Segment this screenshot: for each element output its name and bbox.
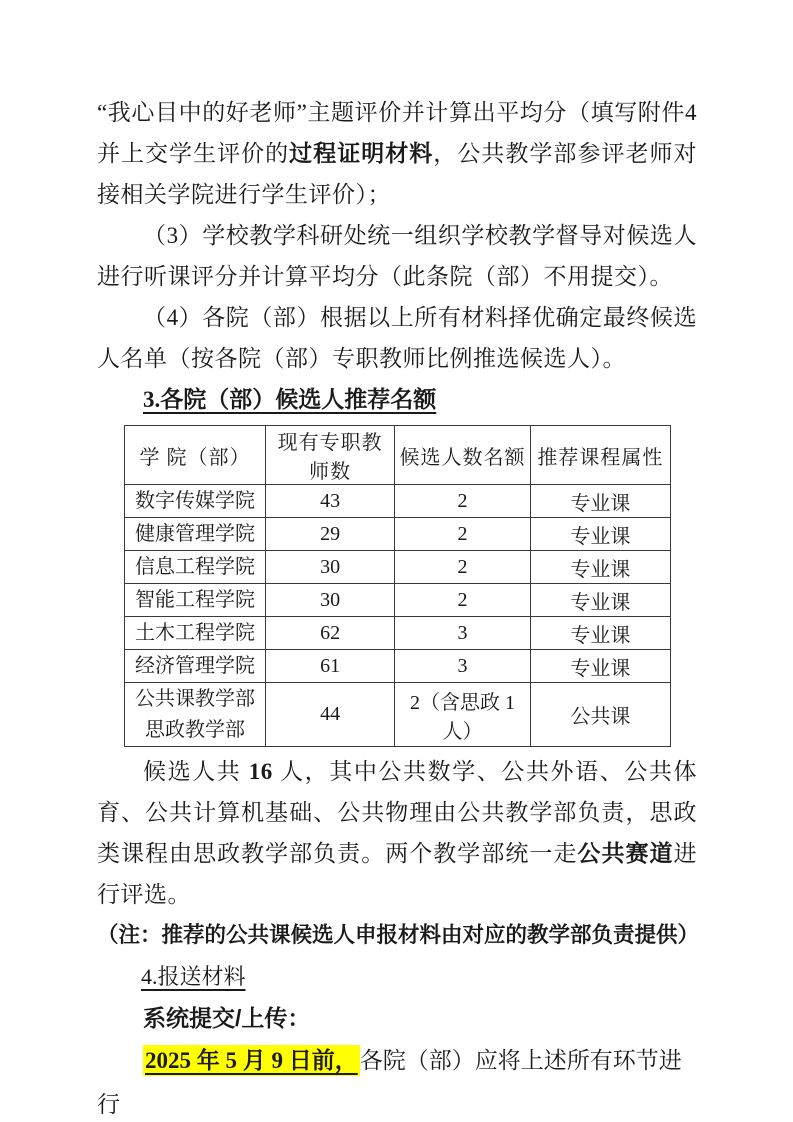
submit-upload-label: 系统提交/上传： — [97, 997, 697, 1039]
table-cell: 经济管理学院 — [124, 650, 266, 683]
table-header-cell: 推荐课程属性 — [531, 426, 670, 485]
table-cell: 3 — [394, 617, 531, 650]
section3-heading-text: 3.各院（部）候选人推荐名额 — [143, 387, 436, 412]
table-cell: 专业课 — [531, 518, 670, 551]
table-cell: 专业课 — [531, 617, 670, 650]
table-header-row: 学 院（部）现有专职教师数候选人数名额推荐课程属性 — [124, 426, 670, 485]
bold-public-track: 公共赛道 — [577, 841, 673, 866]
table-cell: 专业课 — [531, 485, 670, 518]
table-cell: 土木工程学院 — [124, 617, 266, 650]
bold-candidate-count: 16 — [249, 759, 273, 784]
quota-table-body: 数字传媒学院432专业课健康管理学院292专业课信息工程学院302专业课智能工程… — [124, 485, 670, 747]
table-cell: 智能工程学院 — [124, 584, 266, 617]
quota-table: 学 院（部）现有专职教师数候选人数名额推荐课程属性 数字传媒学院432专业课健康… — [124, 425, 671, 747]
table-row: 智能工程学院302专业课 — [124, 584, 670, 617]
table-cell: 29 — [266, 518, 394, 551]
table-cell: 43 — [266, 485, 394, 518]
table-row: 信息工程学院302专业课 — [124, 551, 670, 584]
table-cell: 专业课 — [531, 650, 670, 683]
table-cell: 专业课 — [531, 551, 670, 584]
table-cell: 2 — [394, 551, 531, 584]
document-content: “我心目中的好老师”主题评价并计算出平均分（填写附件4 并上交学生评价的过程证明… — [97, 92, 697, 1122]
note-line: （注：推荐的公共课候选人申报材料由对应的教学部负责提供） — [97, 915, 697, 956]
table-cell: 公共课教学部 思政教学部 — [124, 683, 266, 747]
table-cell: 30 — [266, 584, 394, 617]
table-cell: 2 — [394, 584, 531, 617]
table-cell: 62 — [266, 617, 394, 650]
paragraph-item4: （4）各院（部）根据以上所有材料择优确定最终候选人名单（按各院（部）专职教师比例… — [97, 297, 697, 379]
table-cell: 专业课 — [531, 584, 670, 617]
table-header-cell: 学 院（部） — [124, 426, 266, 485]
table-row: 公共课教学部 思政教学部442（含思政 1 人）公共课 — [124, 683, 670, 747]
paragraph-candidate-total: 候选人共 16 人，其中公共数学、公共外语、公共体育、公共计算机基础、公共物理由… — [97, 751, 697, 915]
table-row: 健康管理学院292专业课 — [124, 518, 670, 551]
table-header-cell: 现有专职教师数 — [266, 426, 394, 485]
table-row: 数字传媒学院432专业课 — [124, 485, 670, 518]
table-cell: 2 — [394, 485, 531, 518]
table-cell: 2（含思政 1 人） — [394, 683, 531, 747]
table-cell: 44 — [266, 683, 394, 747]
table-cell: 2 — [394, 518, 531, 551]
table-cell: 健康管理学院 — [124, 518, 266, 551]
deadline-paragraph: 2025 年 5 月 9 日前，各院（部）应将上述所有环节进行 — [97, 1039, 697, 1122]
document-page: “我心目中的好老师”主题评价并计算出平均分（填写附件4 并上交学生评价的过程证明… — [0, 0, 793, 1122]
table-cell: 3 — [394, 650, 531, 683]
paragraph-text: 候选人共 — [143, 759, 249, 784]
table-cell: 30 — [266, 551, 394, 584]
section3-heading: 3.各院（部）候选人推荐名额 — [97, 379, 697, 420]
table-cell: 数字传媒学院 — [124, 485, 266, 518]
paragraph-student-evaluation: “我心目中的好老师”主题评价并计算出平均分（填写附件4 并上交学生评价的过程证明… — [97, 92, 697, 215]
highlighted-deadline: 2025 年 5 月 9 日前， — [143, 1045, 360, 1076]
bold-process-materials: 过程证明材料 — [289, 141, 433, 166]
table-cell: 61 — [266, 650, 394, 683]
paragraph-item3: （3）学校教学科研处统一组织学校教学督导对候选人进行听课评分并计算平均分（此条院… — [97, 215, 697, 297]
section4-heading-text: 4.报送材料 — [141, 964, 246, 989]
section4-heading: 4.报送材料 — [97, 956, 697, 997]
table-cell: 信息工程学院 — [124, 551, 266, 584]
table-header-cell: 候选人数名额 — [394, 426, 531, 485]
table-cell: 公共课 — [531, 683, 670, 747]
table-row: 经济管理学院613专业课 — [124, 650, 670, 683]
table-row: 土木工程学院623专业课 — [124, 617, 670, 650]
